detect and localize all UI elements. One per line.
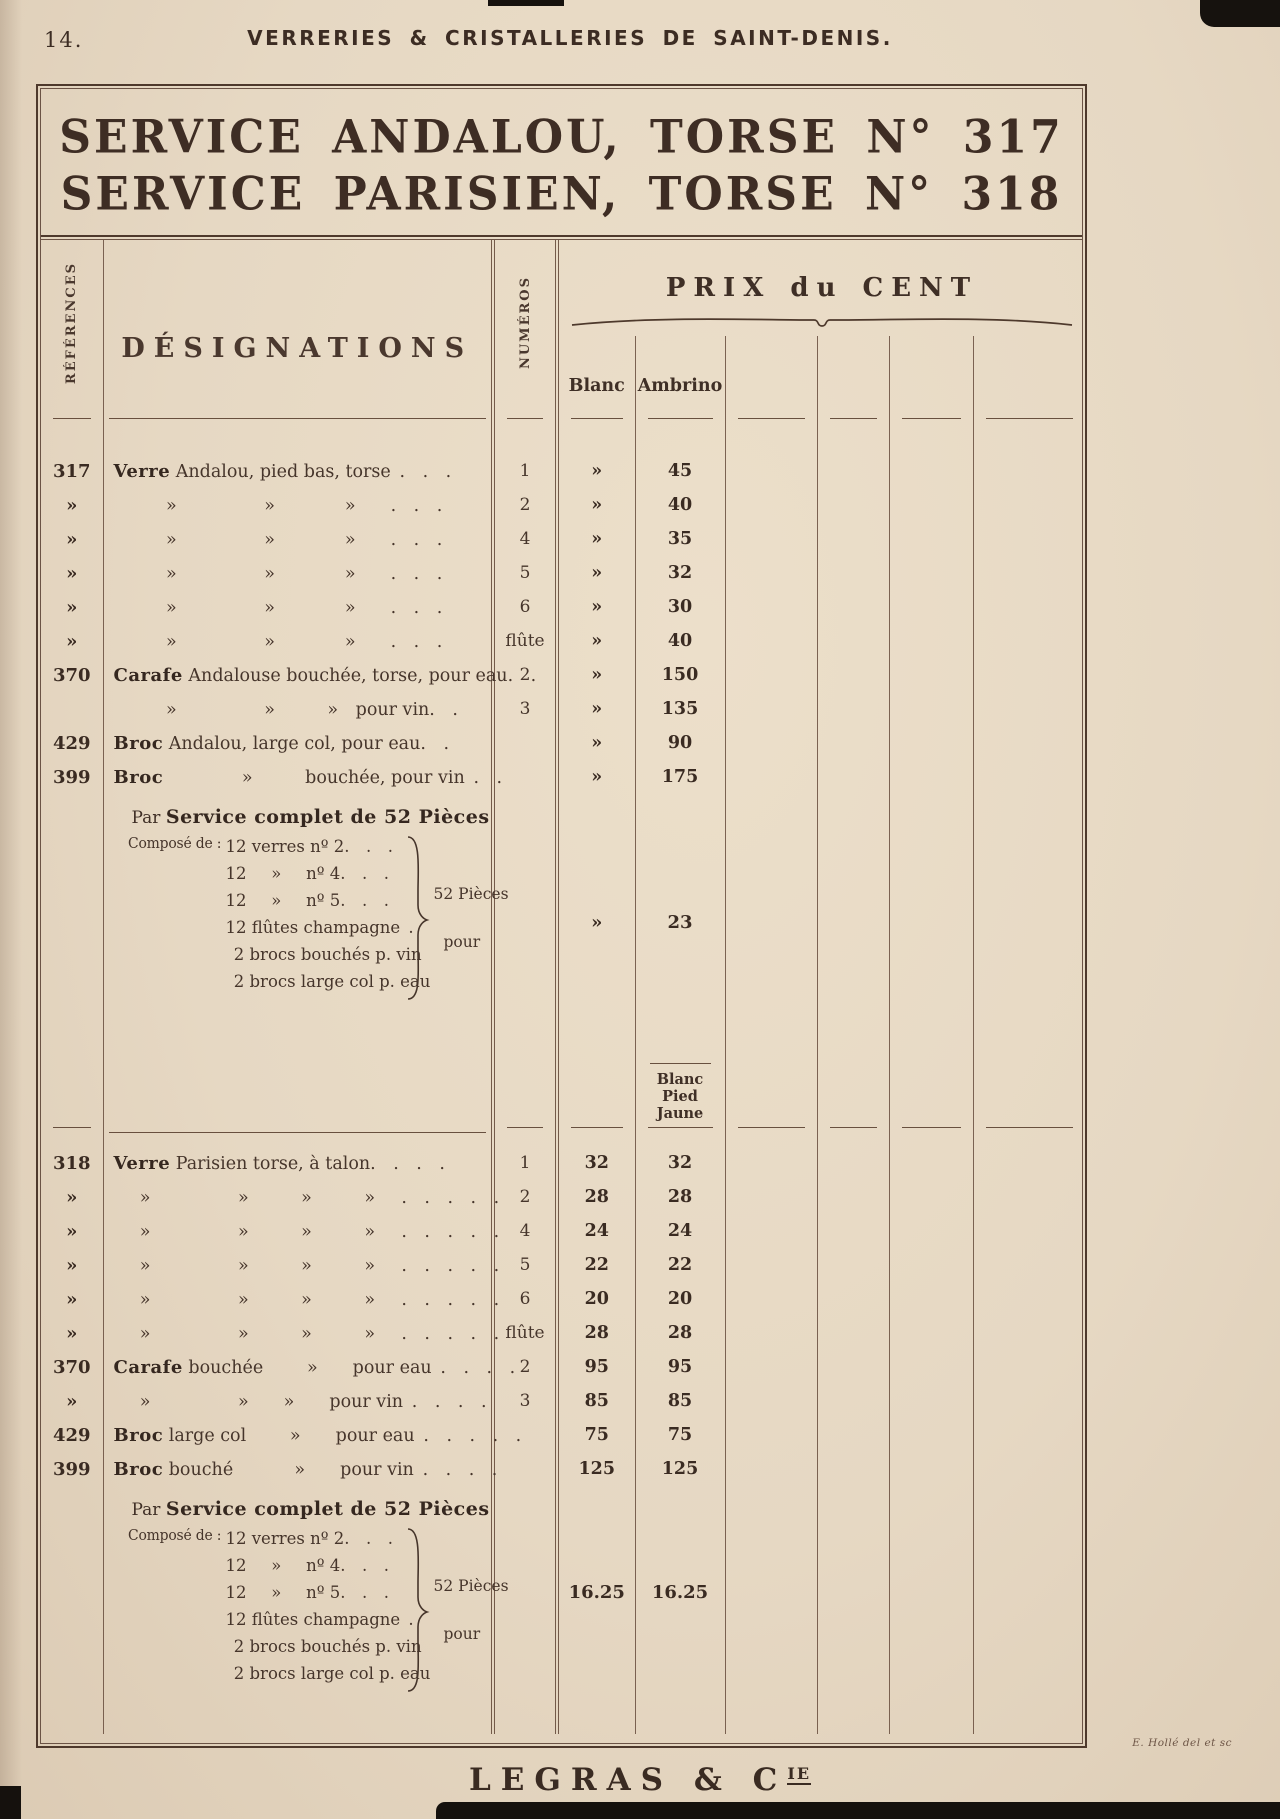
catalog-frame: SERVICE ANDALOU, TORSE N° 317 SERVICE PA… bbox=[36, 84, 1087, 1748]
divider bbox=[889, 1124, 973, 1146]
ambrino-price-cell: 40 bbox=[635, 624, 725, 658]
blanc-price-cell: 75 bbox=[557, 1418, 635, 1452]
ambrino-price-cell: 45 bbox=[635, 454, 725, 488]
numero-cell: 1 bbox=[493, 1146, 557, 1180]
service-ambrino-price: 23 Blanc Pied Jaune bbox=[635, 794, 725, 1124]
divider bbox=[973, 410, 1085, 454]
divider bbox=[103, 1124, 493, 1146]
numero-cell: 3 bbox=[493, 1384, 557, 1418]
catalog-page: 14. VERRERIES & CRISTALLERIES DE SAINT-D… bbox=[0, 0, 1280, 1819]
scan-artifact bbox=[0, 1786, 21, 1819]
price-table: RÉFÉRENCES DÉSIGNATIONS NUMÉROS PRIX du … bbox=[41, 240, 1085, 1734]
ambrino-price-cell: 90 bbox=[635, 726, 725, 760]
divider bbox=[725, 410, 817, 454]
service-composition: Par Service complet de 52 Pièces Composé… bbox=[103, 1486, 493, 1714]
designation-text: bouché » pour vin . . . . bbox=[163, 1460, 497, 1480]
composition-item: 12 verres nº 2. . . bbox=[226, 1525, 492, 1552]
column-header-empty-3 bbox=[889, 336, 973, 410]
service-pied-jaune-price: 16.25 bbox=[635, 1486, 725, 1714]
service-block-parisien: Par Service complet de 52 Pièces Composé… bbox=[41, 1486, 1085, 1734]
designation-cell: » » » pour vin . . . . bbox=[103, 1384, 493, 1418]
blanc-price-cell: 28 bbox=[557, 1180, 635, 1214]
designation-cell: » » » . . . bbox=[103, 624, 493, 658]
table-row: » » » » . . . flûte » 40 bbox=[41, 624, 1085, 658]
reference-cell: » bbox=[41, 590, 103, 624]
divider bbox=[557, 1124, 635, 1146]
composition-item: 2 brocs large col p. eau bbox=[226, 1660, 492, 1687]
references-label: RÉFÉRENCES bbox=[64, 262, 79, 384]
ambrino-price-cell: 35 bbox=[635, 522, 725, 556]
reference-cell: » bbox=[41, 1180, 103, 1214]
designation-lead: Carafe bbox=[114, 1357, 183, 1378]
composition-item: 12 verres nº 2. . . bbox=[226, 833, 492, 860]
designation-cell: » » » » . . . . . bbox=[103, 1214, 493, 1248]
table-row: » » » » . . . 6 » 30 bbox=[41, 590, 1085, 624]
numero-cell: 4 bbox=[493, 522, 557, 556]
blanc-pied-jaune-price-cell: 20 bbox=[635, 1282, 725, 1316]
table-row: » » » » » . . . . . 2 28 28 bbox=[41, 1180, 1085, 1214]
blanc-price-cell: 125 bbox=[557, 1452, 635, 1486]
column-header-blanc: Blanc bbox=[557, 336, 635, 410]
reference-cell: » bbox=[41, 522, 103, 556]
designation-cell: » » » . . . bbox=[103, 488, 493, 522]
prix-du-cent-label: PRIX du CENT bbox=[559, 273, 1085, 303]
composition-items: 12 verres nº 2. . .12 » nº 4. . .12 » nº… bbox=[226, 1525, 492, 1687]
table-header: RÉFÉRENCES DÉSIGNATIONS NUMÉROS PRIX du … bbox=[41, 240, 1085, 410]
reference-cell: 399 bbox=[41, 760, 103, 794]
designation-text: » » » » . . . . . bbox=[114, 1188, 500, 1208]
brace-label-pour: pour bbox=[444, 933, 481, 951]
designation-text: » » » pour vin . . . . bbox=[114, 1392, 487, 1412]
designation-cell: Broc » bouchée, pour vin . . bbox=[103, 760, 493, 794]
composition-list: Composé de : 12 verres nº 2. . .12 » nº … bbox=[128, 1525, 492, 1687]
blanc-pied-jaune-subheader: Blanc Pied Jaune bbox=[636, 1063, 725, 1122]
numero-cell: 5 bbox=[493, 556, 557, 590]
blanc-pied-jaune-price-cell: 28 bbox=[635, 1316, 725, 1350]
service-heading: Par Service complet de 52 Pièces bbox=[128, 806, 492, 828]
footer-brand-cie: IE bbox=[787, 1764, 811, 1785]
designation-text: large col » pour eau . . . . . bbox=[163, 1426, 521, 1446]
numero-cell: 3 bbox=[493, 692, 557, 726]
blanc-price-cell: » bbox=[557, 624, 635, 658]
column-header-empty-2 bbox=[817, 336, 889, 410]
divider bbox=[725, 1124, 817, 1146]
table-row: 399 Broc bouché » pour vin . . . . 125 1… bbox=[41, 1452, 1085, 1486]
numero-cell bbox=[493, 726, 557, 760]
designation-cell: » » » . . . bbox=[103, 522, 493, 556]
table-row: » » » » . . . 4 » 35 bbox=[41, 522, 1085, 556]
blanc-price-cell: » bbox=[557, 488, 635, 522]
footer-brand: LEGRAS & CIE bbox=[0, 1762, 1280, 1798]
table-row: » » » » » . . . . . 6 20 20 bbox=[41, 1282, 1085, 1316]
designations-label: DÉSIGNATIONS bbox=[104, 287, 492, 364]
prix-brace-icon bbox=[568, 313, 1076, 329]
section-divider-row bbox=[41, 1124, 1085, 1146]
divider bbox=[889, 410, 973, 454]
blanc-pied-jaune-price-cell: 32 bbox=[635, 1146, 725, 1180]
composition-item: 12 » nº 4. . . bbox=[226, 1552, 492, 1579]
reference-cell: » bbox=[41, 556, 103, 590]
blanc-price-cell: 28 bbox=[557, 1316, 635, 1350]
designation-lead: Verre bbox=[114, 461, 171, 482]
divider bbox=[817, 410, 889, 454]
reference-cell: » bbox=[41, 624, 103, 658]
brace-icon bbox=[404, 835, 430, 1001]
designation-text: » » » » . . . . . bbox=[114, 1324, 500, 1344]
numero-cell bbox=[493, 1452, 557, 1486]
column-header-references: RÉFÉRENCES bbox=[41, 240, 103, 410]
table-row: 429 Broc large col » pour eau . . . . . … bbox=[41, 1418, 1085, 1452]
reference-cell: » bbox=[41, 1384, 103, 1418]
designation-text: Andalouse bouchée, torse, pour eau. . bbox=[183, 666, 536, 686]
composition-items: 12 verres nº 2. . .12 » nº 4. . .12 » nº… bbox=[226, 833, 492, 995]
running-header: VERRERIES & CRISTALLERIES DE SAINT-DENIS… bbox=[0, 26, 1140, 50]
column-header-designations: DÉSIGNATIONS bbox=[103, 240, 493, 410]
designation-text: Andalou, pied bas, torse . . . bbox=[170, 462, 451, 482]
table-row: » » » » . . . 2 » 40 bbox=[41, 488, 1085, 522]
designation-cell: Carafe bouchée » pour eau . . . . bbox=[103, 1350, 493, 1384]
ambrino-price-cell: 135 bbox=[635, 692, 725, 726]
designation-lead: Broc bbox=[114, 733, 164, 754]
divider bbox=[973, 1124, 1085, 1146]
divider bbox=[817, 1124, 889, 1146]
blanc-price-cell: » bbox=[557, 454, 635, 488]
ambrino-price-cell: 150 bbox=[635, 658, 725, 692]
blanc-price-cell: 20 bbox=[557, 1282, 635, 1316]
brace-icon bbox=[404, 1527, 430, 1693]
designation-text: » bouchée, pour vin . . bbox=[163, 768, 502, 788]
designation-lead: Verre bbox=[114, 1153, 171, 1174]
reference-cell bbox=[41, 692, 103, 726]
page-edge-shade bbox=[0, 0, 22, 1819]
scan-artifact bbox=[436, 1802, 1280, 1819]
reference-cell: » bbox=[41, 1214, 103, 1248]
designation-text: » » » pour vin. . bbox=[114, 700, 458, 720]
table-row: 370 Carafe bouchée » pour eau . . . . 2 … bbox=[41, 1350, 1085, 1384]
designation-cell: » » » pour vin. . bbox=[103, 692, 493, 726]
divider bbox=[650, 1063, 711, 1064]
designation-lead: Carafe bbox=[114, 665, 183, 686]
reference-cell: » bbox=[41, 1282, 103, 1316]
designation-text: Andalou, large col, pour eau. . bbox=[163, 734, 449, 754]
blanc-price-cell: » bbox=[557, 658, 635, 692]
scan-artifact bbox=[488, 0, 564, 6]
blanc-price-cell: » bbox=[557, 556, 635, 590]
divider bbox=[41, 410, 103, 454]
service-title-line-1: SERVICE ANDALOU, TORSE N° 317 bbox=[41, 108, 1082, 168]
service-title-line-2: SERVICE PARISIEN, TORSE N° 318 bbox=[41, 165, 1082, 225]
section-parisien-rows: 318 Verre Parisien torse, à talon. . . .… bbox=[41, 1146, 1085, 1486]
blanc-price-cell: 22 bbox=[557, 1248, 635, 1282]
divider bbox=[557, 410, 635, 454]
divider bbox=[493, 410, 557, 454]
blanc-price-cell: 95 bbox=[557, 1350, 635, 1384]
ambrino-price-cell: 175 bbox=[635, 760, 725, 794]
reference-cell: 370 bbox=[41, 1350, 103, 1384]
designation-text: » » » . . . bbox=[114, 564, 443, 584]
designation-text: Parisien torse, à talon. . . . bbox=[170, 1154, 445, 1174]
service-blanc-price: 16.25 bbox=[557, 1486, 635, 1714]
reference-cell: » bbox=[41, 1316, 103, 1350]
blanc-pied-jaune-price-cell: 125 bbox=[635, 1452, 725, 1486]
designation-cell: Verre Parisien torse, à talon. . . . bbox=[103, 1146, 493, 1180]
designation-text: bouchée » pour eau . . . . bbox=[183, 1358, 515, 1378]
designation-cell: » » » » . . . . . bbox=[103, 1180, 493, 1214]
designation-cell: » » » » . . . . . bbox=[103, 1248, 493, 1282]
blanc-price-cell: » bbox=[557, 726, 635, 760]
blanc-pied-jaune-price-cell: 24 bbox=[635, 1214, 725, 1248]
compose-label: Composé de : bbox=[128, 836, 221, 852]
designation-text: » » » . . . bbox=[114, 598, 443, 618]
divider bbox=[493, 1124, 557, 1146]
column-header-ambrino: Ambrino bbox=[635, 336, 725, 410]
table-row: 429 Broc Andalou, large col, pour eau. .… bbox=[41, 726, 1085, 760]
divider bbox=[103, 410, 493, 454]
table-row: » » » » pour vin . . . . 3 85 85 bbox=[41, 1384, 1085, 1418]
catalog-frame-inner: SERVICE ANDALOU, TORSE N° 317 SERVICE PA… bbox=[40, 88, 1083, 1744]
designation-lead: Broc bbox=[114, 1425, 164, 1446]
scan-artifact bbox=[1200, 0, 1280, 27]
header-divider-row bbox=[41, 410, 1085, 454]
table-row: 399 Broc » bouchée, pour vin . . » 175 bbox=[41, 760, 1085, 794]
reference-cell: 317 bbox=[41, 454, 103, 488]
designation-cell: Verre Andalou, pied bas, torse . . . bbox=[103, 454, 493, 488]
table-row: » » » pour vin. . 3 » 135 bbox=[41, 692, 1085, 726]
blanc-pied-jaune-price-cell: 85 bbox=[635, 1384, 725, 1418]
compose-label: Composé de : bbox=[128, 1528, 221, 1544]
blanc-pied-jaune-price-cell: 95 bbox=[635, 1350, 725, 1384]
reference-cell: 370 bbox=[41, 658, 103, 692]
designation-cell: » » » » . . . . . bbox=[103, 1282, 493, 1316]
footer-brand-text: LEGRAS & C bbox=[469, 1762, 787, 1798]
blanc-price-cell: 32 bbox=[557, 1146, 635, 1180]
blanc-price-cell: » bbox=[557, 522, 635, 556]
designation-text: » » » . . . bbox=[114, 530, 443, 550]
composition-list: Composé de : 12 verres nº 2. . .12 » nº … bbox=[128, 833, 492, 995]
designation-text: » » » . . . bbox=[114, 632, 443, 652]
ambrino-price-cell: 40 bbox=[635, 488, 725, 522]
reference-cell: » bbox=[41, 488, 103, 522]
designation-lead: Broc bbox=[114, 767, 164, 788]
table-row: » » » » » . . . . . 4 24 24 bbox=[41, 1214, 1085, 1248]
numero-cell: flûte bbox=[493, 1316, 557, 1350]
reference-cell: 318 bbox=[41, 1146, 103, 1180]
service-block-andalou: Par Service complet de 52 Pièces Composé… bbox=[41, 794, 1085, 1124]
composition-item: 12 » nº 4. . . bbox=[226, 860, 492, 887]
numero-cell: flûte bbox=[493, 624, 557, 658]
reference-cell: 429 bbox=[41, 726, 103, 760]
designation-cell: Broc large col » pour eau . . . . . bbox=[103, 1418, 493, 1452]
column-header-prix-du-cent: PRIX du CENT bbox=[557, 240, 1085, 336]
table-row: » » » » . . . 5 » 32 bbox=[41, 556, 1085, 590]
ambrino-price-cell: 32 bbox=[635, 556, 725, 590]
numero-cell: 1 bbox=[493, 454, 557, 488]
reference-cell: 399 bbox=[41, 1452, 103, 1486]
designation-cell: Broc bouché » pour vin . . . . bbox=[103, 1452, 493, 1486]
designation-text: » » » » . . . . . bbox=[114, 1256, 500, 1276]
divider bbox=[635, 1124, 725, 1146]
table-row: 318 Verre Parisien torse, à talon. . . .… bbox=[41, 1146, 1085, 1180]
numero-cell: 6 bbox=[493, 1282, 557, 1316]
numero-cell: 5 bbox=[493, 1248, 557, 1282]
designation-cell: Carafe Andalouse bouchée, torse, pour ea… bbox=[103, 658, 493, 692]
table-row: » » » » » . . . . . flûte 28 28 bbox=[41, 1316, 1085, 1350]
designation-text: » » » » . . . . . bbox=[114, 1290, 500, 1310]
reference-cell: » bbox=[41, 1248, 103, 1282]
section-andalou-rows: 317 Verre Andalou, pied bas, torse . . .… bbox=[41, 454, 1085, 794]
numero-cell: 2 bbox=[493, 488, 557, 522]
ambrino-price-cell: 30 bbox=[635, 590, 725, 624]
numero-cell bbox=[493, 760, 557, 794]
column-header-empty-1 bbox=[725, 336, 817, 410]
designation-text: » » » . . . bbox=[114, 496, 443, 516]
designation-text: » » » » . . . . . bbox=[114, 1222, 500, 1242]
service-blanc-price: » bbox=[557, 794, 635, 1124]
numeros-label: NUMÉROS bbox=[518, 276, 533, 369]
designation-cell: » » » » . . . . . bbox=[103, 1316, 493, 1350]
composition-item: 2 brocs large col p. eau bbox=[226, 968, 492, 995]
numero-cell: 6 bbox=[493, 590, 557, 624]
blanc-price-cell: 85 bbox=[557, 1384, 635, 1418]
divider bbox=[635, 410, 725, 454]
designation-cell: Broc Andalou, large col, pour eau. . bbox=[103, 726, 493, 760]
blanc-pied-jaune-price-cell: 28 bbox=[635, 1180, 725, 1214]
divider bbox=[41, 1124, 103, 1146]
service-heading: Par Service complet de 52 Pièces bbox=[128, 1498, 492, 1520]
title-block: SERVICE ANDALOU, TORSE N° 317 SERVICE PA… bbox=[41, 89, 1082, 223]
designation-cell: » » » . . . bbox=[103, 556, 493, 590]
numero-cell: 4 bbox=[493, 1214, 557, 1248]
blanc-pied-jaune-price-cell: 22 bbox=[635, 1248, 725, 1282]
column-header-empty-4 bbox=[973, 336, 1085, 410]
designation-cell: » » » . . . bbox=[103, 590, 493, 624]
reference-cell: 429 bbox=[41, 1418, 103, 1452]
blanc-price-cell: » bbox=[557, 590, 635, 624]
designation-lead: Broc bbox=[114, 1459, 164, 1480]
table-row: 317 Verre Andalou, pied bas, torse . . .… bbox=[41, 454, 1085, 488]
blanc-price-cell: 24 bbox=[557, 1214, 635, 1248]
brace-label-pour: pour bbox=[444, 1625, 481, 1643]
table-row: 370 Carafe Andalouse bouchée, torse, pou… bbox=[41, 658, 1085, 692]
service-composition: Par Service complet de 52 Pièces Composé… bbox=[103, 794, 493, 1124]
blanc-pied-jaune-price-cell: 75 bbox=[635, 1418, 725, 1452]
engraver-credit: E. Hollé del et sc bbox=[1132, 1737, 1232, 1749]
table-row: » » » » » . . . . . 5 22 22 bbox=[41, 1248, 1085, 1282]
blanc-price-cell: » bbox=[557, 760, 635, 794]
blanc-price-cell: » bbox=[557, 692, 635, 726]
numero-cell: 2 bbox=[493, 1180, 557, 1214]
column-header-numeros: NUMÉROS bbox=[493, 240, 557, 410]
